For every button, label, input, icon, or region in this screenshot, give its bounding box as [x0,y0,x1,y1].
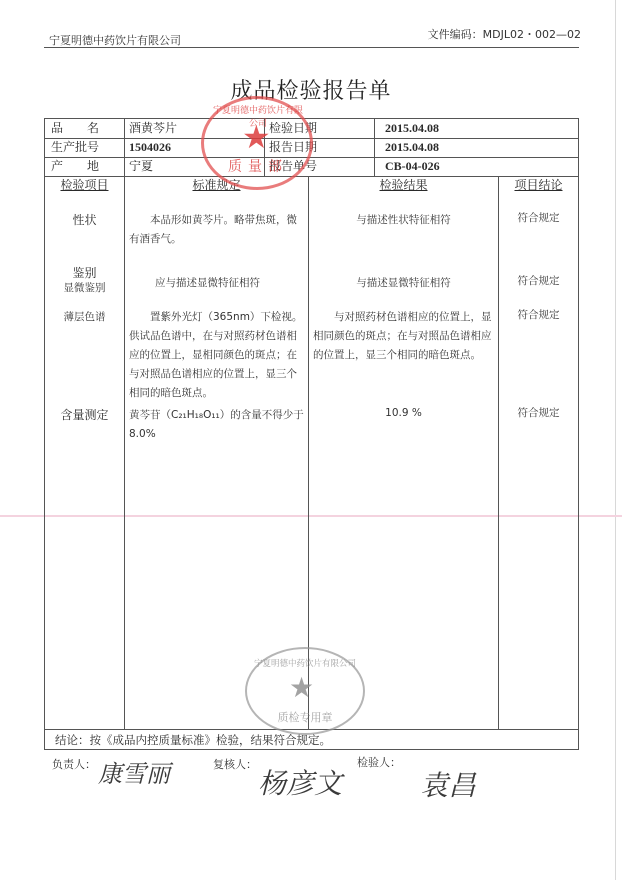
col-divider [308,176,309,729]
table-row-item: 薄层色谱 [45,308,124,327]
batch-value: 1504026 [129,138,171,157]
qc-seal-stamp: 宁夏明德中药饮片有限公司 ★ 质检专用章 [245,647,365,735]
report-date-value: 2015.04.08 [385,138,439,157]
table-row-result: 与描述显微特征相符 [309,274,498,293]
col-divider [374,119,375,176]
quality-dept-stamp: 宁夏明德中药饮片有限公司 ★ 质量部 [201,96,313,190]
report-title: 成品检验报告单 [0,74,622,105]
inspect-date-value: 2015.04.08 [385,119,439,138]
table-row-result: 10.9 % [309,404,498,423]
origin-value: 宁夏 [129,157,153,176]
document-code-value: MDJL02・002—02 [483,28,581,41]
product-name-value: 酒黄芩片 [129,119,177,138]
table-row-conclusion: 符合规定 [499,404,578,423]
table-row-standard: 置紫外光灯（365nm）下检视。供试品色谱中，在与对照药材色谱相应的位置上，显相… [129,308,305,403]
table-row-conclusion: 符合规定 [499,306,578,325]
inspector-signature: 袁昌 [420,764,476,804]
stamp-dept-text: 质检专用章 [257,709,353,725]
table-row-conclusion: 符合规定 [499,209,578,228]
column-header-item: 检验项目 [45,176,124,195]
page-edge [615,0,616,880]
star-icon: ★ [289,674,314,702]
table-row-standard: 应与描述显微特征相符 [155,274,305,293]
report-no-value: CB-04-026 [385,157,440,176]
table-row-standard: 本品形如黄芩片。略带焦斑，微有酒香气。 [129,211,305,249]
table-row-standard: 黄芩苷（C₂₁H₁₈O₁₁）的含量不得少于8.0% [129,406,305,444]
column-header-result: 检验结果 [309,176,498,195]
stamp-dept-text: 质量部 [218,156,298,176]
header-rule [44,47,579,48]
reviewer-signature: 杨彦文 [258,762,342,802]
table-row-item: 性状 [45,211,124,230]
responsible-signature: 康雪丽 [98,754,170,789]
origin-label: 产 地 [51,157,119,176]
stamp-company-text: 宁夏明德中药饮片有限公司 [253,657,357,669]
reviewer-label: 复核人： [213,756,257,772]
col-divider [124,176,125,729]
document-code: 文件编码：MDJL02・002—02 [428,26,581,42]
table-row-item: 含量测定 [45,406,124,425]
document-code-label: 文件编码： [428,28,483,41]
table-row-conclusion: 符合规定 [499,272,578,291]
table-row-result: 与描述性状特征相符 [309,211,498,230]
column-header-conclusion: 项目结论 [499,176,578,195]
table-row-subitem: 显微鉴别 [45,279,124,298]
company-name: 宁夏明德中药饮片有限公司 [49,32,181,48]
inspector-label: 检验人： [357,754,401,770]
responsible-label: 负责人： [52,756,96,772]
col-divider [498,176,499,729]
col-divider [124,119,125,176]
table-row-result: 与对照药材色谱相应的位置上，显相同颜色的斑点；在与对照品色谱相应的位置上，显三个… [313,308,495,365]
product-name-label: 品 名 [51,119,119,138]
star-icon: ★ [242,121,271,153]
batch-label: 生产批号 [51,138,99,157]
